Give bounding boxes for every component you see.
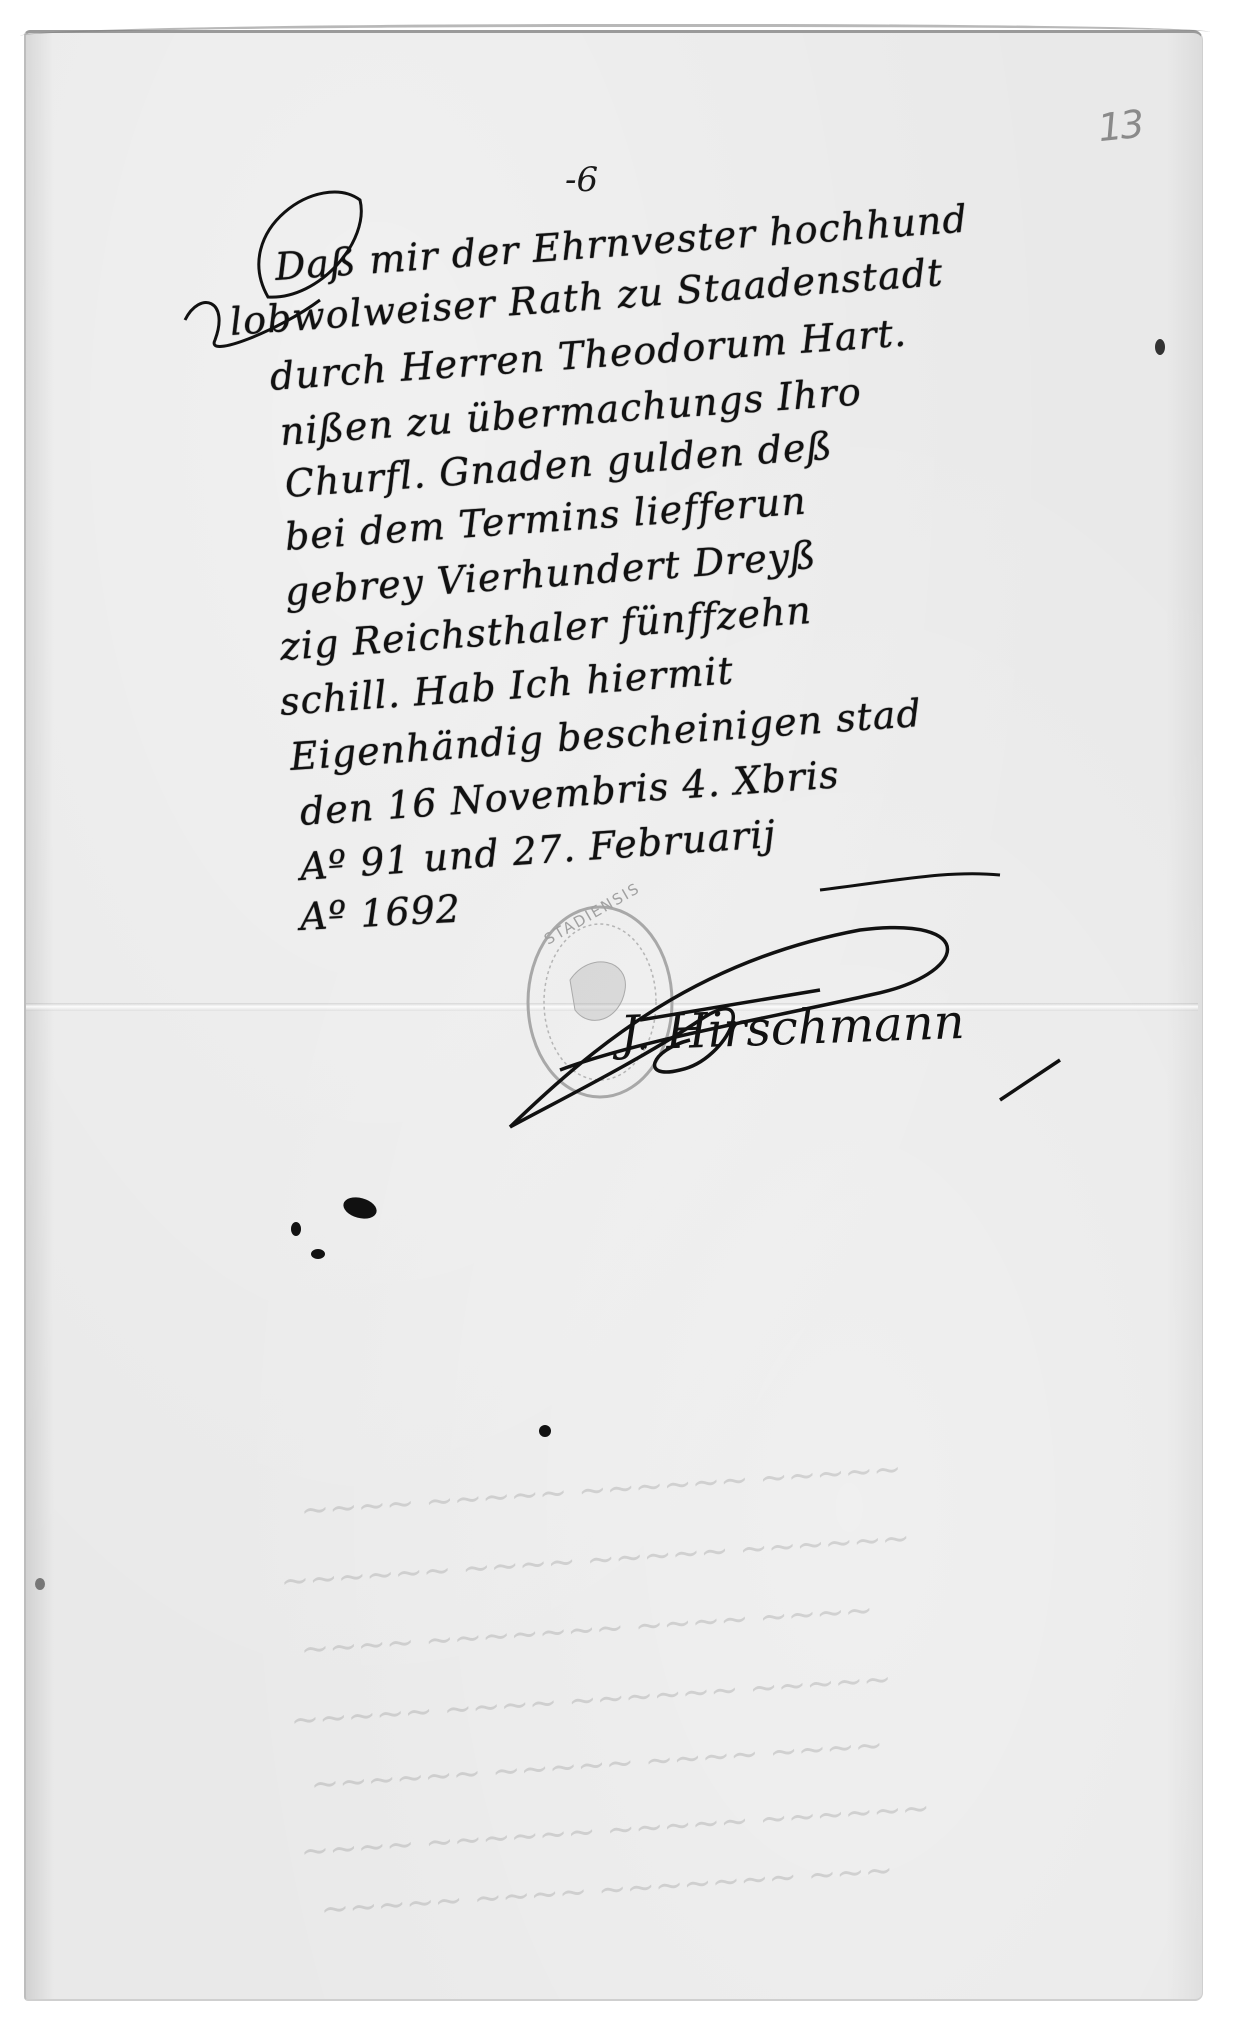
page-marker: -6 [565, 160, 598, 200]
horizontal-fold-crease [26, 1003, 1198, 1011]
folio-number: 13 [1096, 102, 1145, 150]
manuscript-line: Aº 1692 [299, 887, 462, 939]
torn-top-edge [20, 24, 1210, 41]
